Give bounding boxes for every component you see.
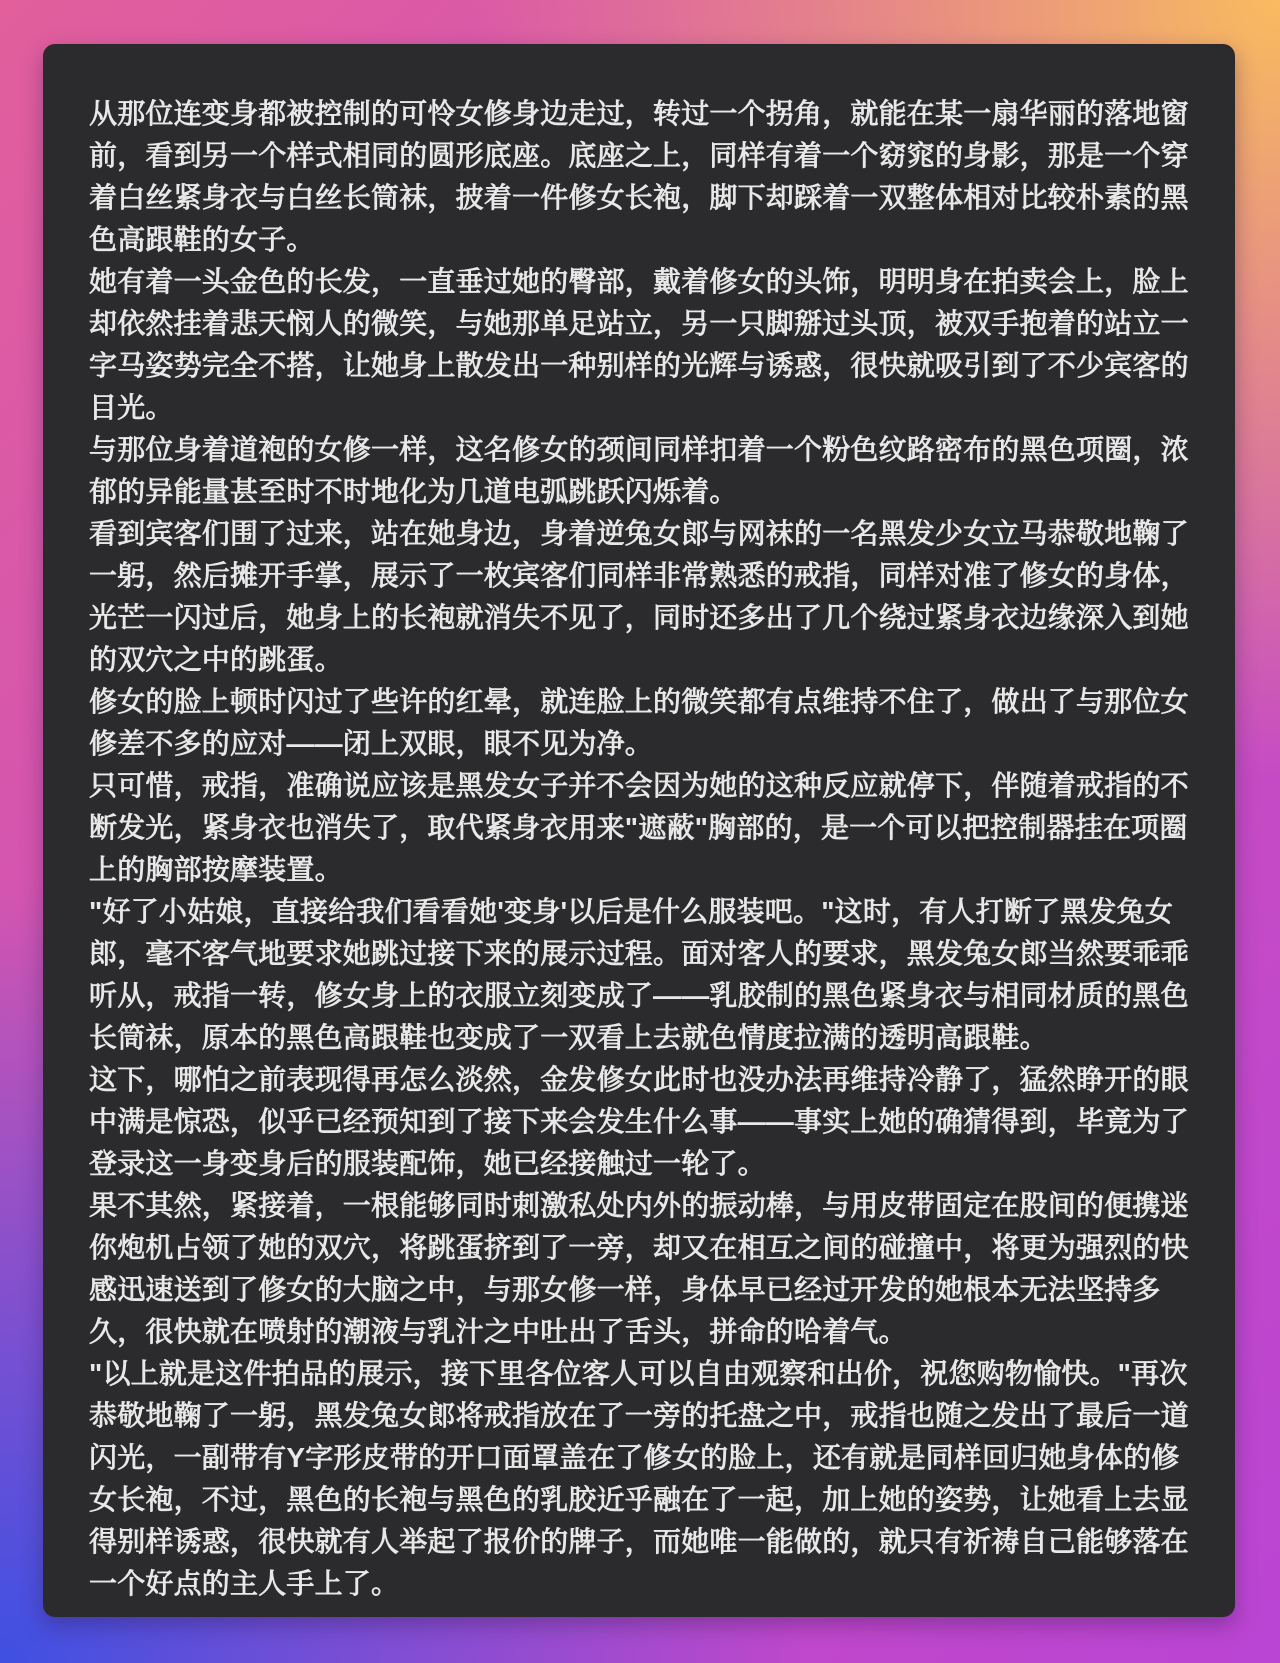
text-line: 果不其然，紧接着，一根能够同时刺激私处内外的振动棒，与用皮带固定在股间的便携迷 [89, 1185, 1195, 1227]
text-line: 目光。 [89, 387, 1195, 429]
text-line: 一躬，然后摊开手掌，展示了一枚宾客们同样非常熟悉的戒指，同样对准了修女的身体， [89, 555, 1195, 597]
text-line: 恭敬地鞠了一躬，黑发兔女郎将戒指放在了一旁的托盘之中，戒指也随之发出了最后一道 [89, 1395, 1195, 1437]
text-line: 修差不多的应对——闭上双眼，眼不见为净。 [89, 723, 1195, 765]
text-line: 色高跟鞋的女子。 [89, 219, 1195, 261]
text-line: 光芒一闪过后，她身上的长袍就消失不见了，同时还多出了几个绕过紧身衣边缘深入到她 [89, 597, 1195, 639]
paragraph: 与那位身着道袍的女修一样，这名修女的颈间同样扣着一个粉色纹路密布的黑色项圈，浓郁… [89, 429, 1195, 513]
text-line: "以上就是这件拍品的展示，接下里各位客人可以自由观察和出价，祝您购物愉快。"再次 [89, 1353, 1195, 1395]
story-text: 从那位连变身都被控制的可怜女修身边走过，转过一个拐角，就能在某一扇华丽的落地窗前… [43, 44, 1235, 1605]
text-line: 却依然挂着悲天悯人的微笑，与她那单足站立，另一只脚掰过头顶，被双手抱着的站立一 [89, 303, 1195, 345]
gradient-background: 从那位连变身都被控制的可怜女修身边走过，转过一个拐角，就能在某一扇华丽的落地窗前… [0, 0, 1280, 1663]
text-line: 只可惜，戒指，准确说应该是黑发女子并不会因为她的这种反应就停下，伴随着戒指的不 [89, 765, 1195, 807]
text-line: 女长袍，不过，黑色的长袍与黑色的乳胶近乎融在了一起，加上她的姿势，让她看上去显 [89, 1479, 1195, 1521]
reader-card: 从那位连变身都被控制的可怜女修身边走过，转过一个拐角，就能在某一扇华丽的落地窗前… [43, 44, 1235, 1617]
text-line: 得别样诱惑，很快就有人举起了报价的牌子，而她唯一能做的，就只有祈祷自己能够落在 [89, 1521, 1195, 1563]
text-line: 字马姿势完全不搭，让她身上散发出一种别样的光辉与诱惑，很快就吸引到了不少宾客的 [89, 345, 1195, 387]
text-line: 上的胸部按摩装置。 [89, 849, 1195, 891]
text-line: 郎，毫不客气地要求她跳过接下来的展示过程。面对客人的要求，黑发兔女郎当然要乖乖 [89, 933, 1195, 975]
text-line: 听从，戒指一转，修女身上的衣服立刻变成了——乳胶制的黑色紧身衣与相同材质的黑色 [89, 975, 1195, 1017]
text-line: 她有着一头金色的长发，一直垂过她的臀部，戴着修女的头饰，明明身在拍卖会上，脸上 [89, 261, 1195, 303]
text-line: 登录这一身变身后的服装配饰，她已经接触过一轮了。 [89, 1143, 1195, 1185]
paragraph: 她有着一头金色的长发，一直垂过她的臀部，戴着修女的头饰，明明身在拍卖会上，脸上却… [89, 261, 1195, 429]
text-line: 修女的脸上顿时闪过了些许的红晕，就连脸上的微笑都有点维持不住了，做出了与那位女 [89, 681, 1195, 723]
text-line: "好了小姑娘，直接给我们看看她'变身'以后是什么服装吧。"这时，有人打断了黑发兔… [89, 891, 1195, 933]
paragraph: 果不其然，紧接着，一根能够同时刺激私处内外的振动棒，与用皮带固定在股间的便携迷你… [89, 1185, 1195, 1353]
text-line: 久，很快就在喷射的潮液与乳汁之中吐出了舌头，拼命的哈着气。 [89, 1311, 1195, 1353]
paragraph: 从那位连变身都被控制的可怜女修身边走过，转过一个拐角，就能在某一扇华丽的落地窗前… [89, 93, 1195, 261]
paragraph: 这下，哪怕之前表现得再怎么淡然，金发修女此时也没办法再维持冷静了，猛然睁开的眼中… [89, 1059, 1195, 1185]
text-line: 断发光，紧身衣也消失了，取代紧身衣用来"遮蔽"胸部的，是一个可以把控制器挂在项圈 [89, 807, 1195, 849]
paragraph: 修女的脸上顿时闪过了些许的红晕，就连脸上的微笑都有点维持不住了，做出了与那位女修… [89, 681, 1195, 765]
text-line: 郁的异能量甚至时不时地化为几道电弧跳跃闪烁着。 [89, 471, 1195, 513]
paragraph: 看到宾客们围了过来，站在她身边，身着逆兔女郎与网袜的一名黑发少女立马恭敬地鞠了一… [89, 513, 1195, 681]
text-line: 看到宾客们围了过来，站在她身边，身着逆兔女郎与网袜的一名黑发少女立马恭敬地鞠了 [89, 513, 1195, 555]
text-line: 你炮机占领了她的双穴，将跳蛋挤到了一旁，却又在相互之间的碰撞中，将更为强烈的快 [89, 1227, 1195, 1269]
text-line: 着白丝紧身衣与白丝长筒袜，披着一件修女长袍，脚下却踩着一双整体相对比较朴素的黑 [89, 177, 1195, 219]
text-line: 中满是惊恐，似乎已经预知到了接下来会发生什么事——事实上她的确猜得到，毕竟为了 [89, 1101, 1195, 1143]
paragraph: "以上就是这件拍品的展示，接下里各位客人可以自由观察和出价，祝您购物愉快。"再次… [89, 1353, 1195, 1605]
text-line: 前，看到另一个样式相同的圆形底座。底座之上，同样有着一个窈窕的身影，那是一个穿 [89, 135, 1195, 177]
text-line: 的双穴之中的跳蛋。 [89, 639, 1195, 681]
text-line: 感迅速送到了修女的大脑之中，与那女修一样，身体早已经过开发的她根本无法坚持多 [89, 1269, 1195, 1311]
text-line: 一个好点的主人手上了。 [89, 1563, 1195, 1605]
text-line: 闪光，一副带有Y字形皮带的开口面罩盖在了修女的脸上，还有就是同样回归她身体的修 [89, 1437, 1195, 1479]
text-line: 从那位连变身都被控制的可怜女修身边走过，转过一个拐角，就能在某一扇华丽的落地窗 [89, 93, 1195, 135]
text-line: 长筒袜，原本的黑色高跟鞋也变成了一双看上去就色情度拉满的透明高跟鞋。 [89, 1017, 1195, 1059]
text-line: 这下，哪怕之前表现得再怎么淡然，金发修女此时也没办法再维持冷静了，猛然睁开的眼 [89, 1059, 1195, 1101]
text-line: 与那位身着道袍的女修一样，这名修女的颈间同样扣着一个粉色纹路密布的黑色项圈，浓 [89, 429, 1195, 471]
paragraph: "好了小姑娘，直接给我们看看她'变身'以后是什么服装吧。"这时，有人打断了黑发兔… [89, 891, 1195, 1059]
paragraph: 只可惜，戒指，准确说应该是黑发女子并不会因为她的这种反应就停下，伴随着戒指的不断… [89, 765, 1195, 891]
